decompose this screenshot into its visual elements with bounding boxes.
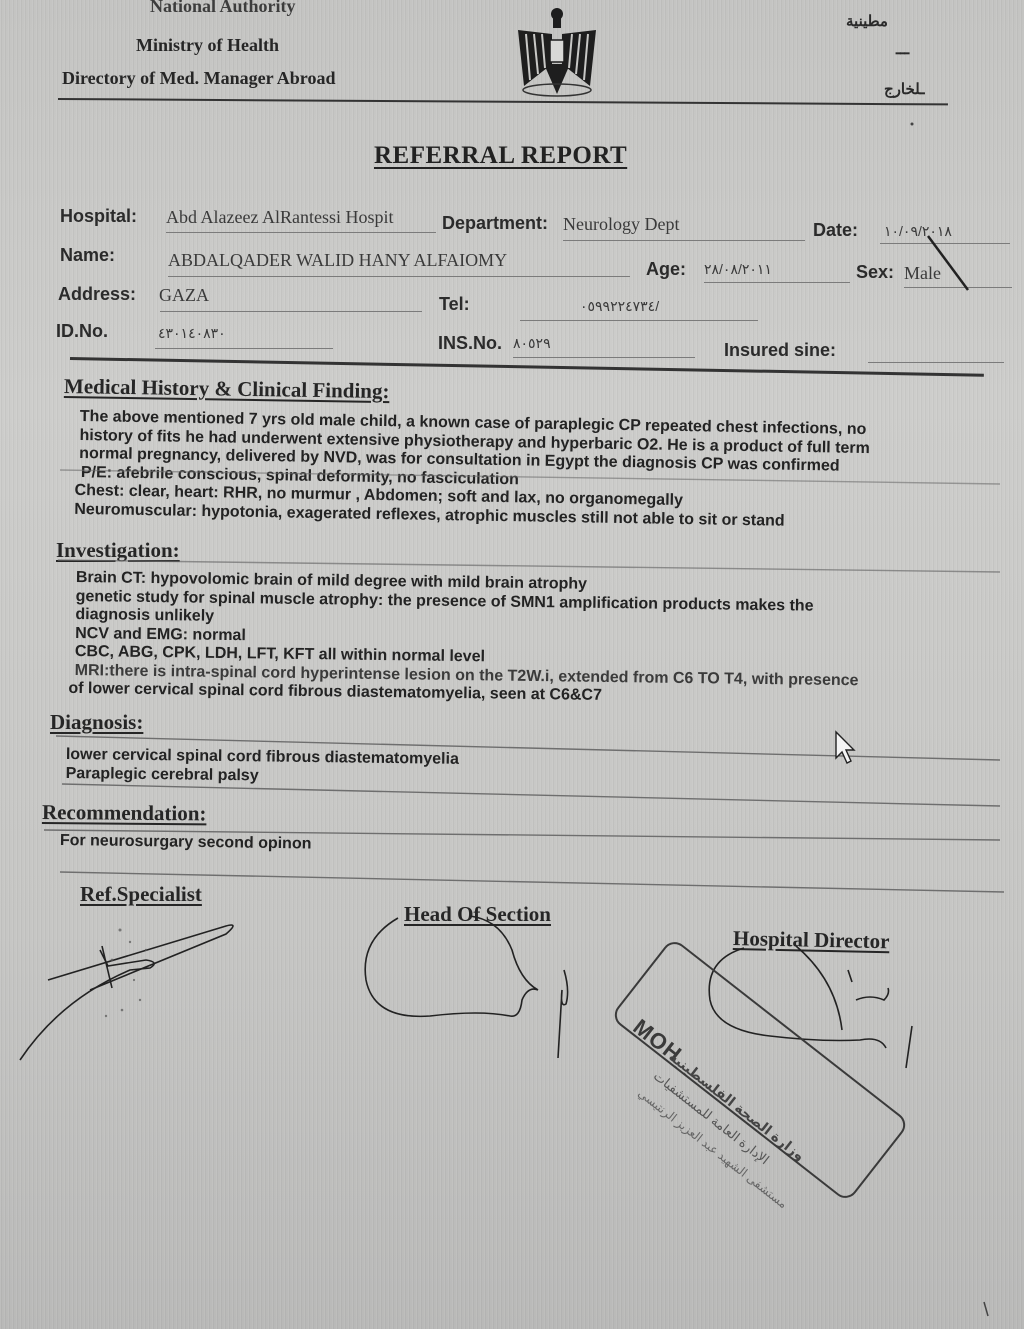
- history-text: The above mentioned 7 yrs old male child…: [78, 408, 870, 532]
- date-value: ١٠/٠٩/٢٠١٨: [884, 223, 952, 240]
- ins-value: ٨٠٥٢٩: [513, 335, 551, 352]
- diagnosis-heading: Diagnosis:: [50, 710, 143, 735]
- date-label: Date:: [813, 220, 858, 241]
- ref-specialist-signature: [20, 925, 233, 1060]
- investigation-heading: Investigation:: [56, 538, 180, 563]
- tel-value: ٠٥٩٩٢٢٤٧٣٤/: [580, 298, 659, 315]
- age-label: Age:: [646, 259, 686, 280]
- recommendation-text: For neurosurgary second opinon: [60, 832, 312, 854]
- directory-heading: Directory of Med. Manager Abroad: [62, 68, 335, 89]
- ministry-heading: Ministry of Health: [136, 35, 279, 56]
- name-label: Name:: [60, 245, 115, 266]
- ins-label: INS.No.: [438, 333, 502, 354]
- department-value: Neurology Dept: [563, 214, 679, 235]
- head-of-section-title: Head Of Section: [404, 902, 551, 927]
- referral-report-page: National Authority Ministry of Health Di…: [0, 0, 1024, 1329]
- arabic-header-line-3: ـلخارج: [884, 80, 925, 99]
- hospital-director-signature: [709, 946, 912, 1068]
- department-label: Department:: [442, 213, 548, 234]
- age-value: ٢٨/٠٨/٢٠١١: [704, 261, 772, 278]
- header-divider: [58, 98, 948, 105]
- hospital-director-title: Hospital Director: [733, 926, 890, 954]
- id-label: ID.No.: [56, 321, 108, 342]
- sex-value: Male: [904, 263, 941, 284]
- report-title: REFERRAL REPORT: [374, 142, 627, 170]
- arabic-header-line-2: ـــ: [896, 40, 909, 59]
- diagnosis-text: lower cervical spinal cord fibrous diast…: [66, 746, 459, 788]
- investigation-text: Brain CT: hypovolomic brain of mild degr…: [74, 569, 859, 709]
- history-heading: Medical History & Clinical Finding:: [64, 374, 390, 404]
- fields-divider: [70, 357, 984, 377]
- id-value: ٤٣٠١٤٠٨٣٠: [158, 325, 226, 342]
- name-value: ABDALQADER WALID HANY ALFAIOMY: [168, 250, 507, 271]
- sex-label: Sex:: [856, 262, 894, 283]
- insured-sine-label: Insured sine:: [724, 340, 836, 361]
- authority-heading: National Authority: [150, 0, 296, 17]
- address-label: Address:: [58, 284, 136, 305]
- address-value: GAZA: [159, 285, 209, 306]
- arabic-header-line-1: مطينية: [846, 12, 888, 31]
- tel-label: Tel:: [439, 294, 470, 315]
- ref-specialist-title: Ref.Specialist: [80, 882, 202, 907]
- mouse-pointer-icon: [836, 732, 854, 763]
- eagle-emblem-icon: [512, 4, 602, 98]
- hospital-label: Hospital:: [60, 206, 137, 227]
- recommendation-heading: Recommendation:: [42, 800, 207, 826]
- recommendation-line: For neurosurgary second opinon: [60, 832, 312, 854]
- head-of-section-signature: [365, 916, 567, 1058]
- stamp-line-3: مستشفى الشهيد عبد العزيز الرنتيسي: [635, 1086, 790, 1211]
- hospital-value: Abd Alazeez AlRantessi Hospit: [166, 207, 393, 228]
